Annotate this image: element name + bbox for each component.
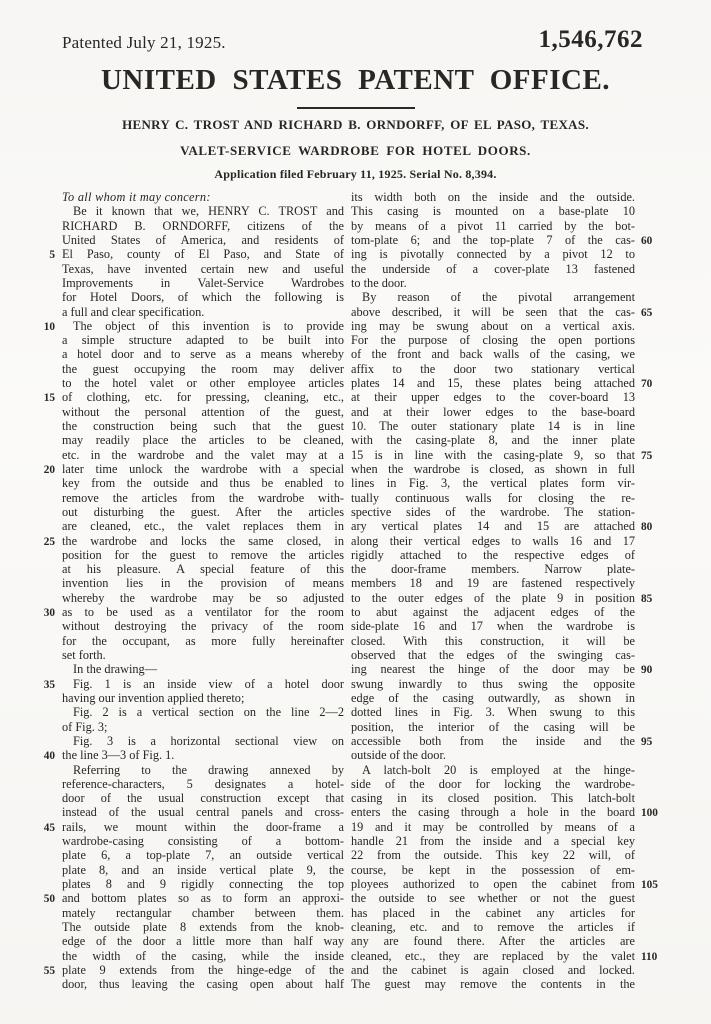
text-line: spective sides of the wardrobe. The stat… (351, 505, 655, 519)
line-text: to the door. (351, 276, 635, 290)
text-line: rigidly attached to the respective edges… (351, 548, 655, 562)
text-line: cleaned, etc., they are replaced by the … (351, 949, 655, 963)
text-line: etc. in the wardrobe and the valet may a… (42, 448, 344, 462)
text-line: 15of clothing, etc. for pressing, cleani… (42, 390, 344, 404)
text-line: For the purpose of closing the open port… (351, 333, 655, 347)
text-line: 50and bottom plates so as to form an app… (42, 891, 344, 905)
line-text: whereby the wardrobe may be so adjusted (62, 591, 344, 605)
line-text: of Fig. 3; (62, 720, 344, 734)
text-line: plate 6, a top-plate 7, an outside verti… (42, 848, 344, 862)
line-text: by means of a pivot 11 carried by the bo… (351, 219, 635, 233)
line-text: the width of the casing, while the insid… (62, 949, 344, 963)
text-line: course, be kept in the possession of em- (351, 863, 655, 877)
line-text: without destroying the privacy of the ro… (62, 619, 344, 633)
line-text: The object of this invention is to provi… (62, 319, 344, 333)
line-text: out disturbing the guest. After the arti… (62, 505, 344, 519)
line-text: the line 3—3 of Fig. 1. (62, 748, 344, 762)
line-text: the wardrobe and locks the same closed, … (62, 534, 344, 548)
line-text: RICHARD B. ORNDORFF, citizens of the (62, 219, 344, 233)
text-line: The outside plate 8 extends from the kno… (42, 920, 344, 934)
text-line: The guest may remove the contents in the (351, 977, 655, 991)
text-line: A latch-bolt 20 is employed at the hinge… (351, 763, 655, 777)
line-text: enters the casing through a hole in the … (351, 805, 635, 819)
line-text: El Paso, county of El Paso, and State of (62, 247, 344, 261)
text-line: the guest occupying the room may deliver (42, 362, 344, 376)
line-text: For the purpose of closing the open port… (351, 333, 635, 347)
line-text: closed. With this construction, it will … (351, 634, 635, 648)
text-line: outside of the door. (351, 748, 655, 762)
line-text: its width both on the inside and the out… (351, 190, 635, 204)
text-line: for the occupant, as more fully hereinaf… (42, 634, 344, 648)
right-column: its width both on the inside and the out… (351, 190, 655, 992)
line-text: plate 6, a top-plate 7, an outside verti… (62, 848, 344, 862)
line-text: instead of the usual central panels and … (62, 805, 344, 819)
line-number: 95 (641, 735, 655, 749)
text-line: tually continuous walls for closing the … (351, 491, 655, 505)
line-text: the outside to see whether or not the gu… (351, 891, 635, 905)
line-text: plates 8 and 9 rigidly connecting the to… (62, 877, 344, 891)
text-line: above described, it will be seen that th… (351, 305, 655, 319)
text-line: to the door. (351, 276, 655, 290)
patent-page: Patented July 21, 1925. 1,546,762 UNITED… (0, 0, 711, 1024)
line-text: lines in Fig. 3, the vertical plates for… (351, 476, 635, 490)
line-text: side of the door for locking the wardrob… (351, 777, 635, 791)
line-text: key from the outside and thus be enabled… (62, 476, 344, 490)
text-line: a full and clear specification. (42, 305, 344, 319)
text-line: invention lies in the provision of means (42, 576, 344, 590)
line-text: may readily place the articles to be cle… (62, 433, 344, 447)
line-text: cleaned, etc., they are replaced by the … (351, 949, 635, 963)
text-line: side of the door for locking the wardrob… (351, 777, 655, 791)
line-text: To all whom it may concern: (62, 190, 344, 204)
line-text: etc. in the wardrobe and the valet may a… (62, 448, 344, 462)
line-text: casing in its closed position. This latc… (351, 791, 635, 805)
line-number: 60 (641, 234, 655, 248)
line-text: rigidly attached to the respective edges… (351, 548, 635, 562)
text-line: 5El Paso, county of El Paso, and State o… (42, 247, 344, 261)
line-number: 75 (641, 449, 655, 463)
text-line: ary vertical plates 14 and 15 are attach… (351, 519, 655, 533)
line-text: set forth. (62, 648, 344, 662)
text-line: Fig. 3 is a horizontal sectional view on (42, 734, 344, 748)
text-line: RICHARD B. ORNDORFF, citizens of the (42, 219, 344, 233)
line-text: position for the guest to remove the art… (62, 548, 344, 562)
text-line: wardrobe-casing consisting of a bottom- (42, 834, 344, 848)
line-text: to the outer edges of the plate 9 in pos… (351, 591, 635, 605)
text-line: plates 8 and 9 rigidly connecting the to… (42, 877, 344, 891)
line-text: a simple structure adapted to be built i… (62, 333, 344, 347)
line-text: above described, it will be seen that th… (351, 305, 635, 319)
text-line: at his pleasure. A special feature of th… (42, 562, 344, 576)
line-text: as to be used as a ventilator for the ro… (62, 605, 344, 619)
text-line: 55plate 9 extends from the hinge-edge of… (42, 963, 344, 977)
page-title: UNITED STATES PATENT OFFICE. (0, 66, 711, 95)
line-text: without the personal attention of the gu… (62, 405, 344, 419)
text-line: of Fig. 3; (42, 720, 344, 734)
text-line: handle 21 from the inside and a special … (351, 834, 655, 848)
line-text: at their upper edges to the cover-board … (351, 390, 635, 404)
line-text: invention lies in the provision of means (62, 576, 344, 590)
text-line: Referring to the drawing annexed by (42, 763, 344, 777)
text-line: for Hotel Doors, of which the following … (42, 290, 344, 304)
text-line: 22 from the outside. This key 22 will, o… (351, 848, 655, 862)
text-line: Improvements in Valet-Service Wardrobes (42, 276, 344, 290)
line-text: Fig. 2 is a vertical section on the line… (62, 705, 344, 719)
patent-number: 1,546,762 (539, 26, 644, 54)
line-text: ing nearest the hinge of the door may be (351, 662, 635, 676)
text-line: 10. The outer stationary plate 14 is in … (351, 419, 655, 433)
text-line: 30as to be used as a ventilator for the … (42, 605, 344, 619)
line-number: 70 (641, 377, 655, 391)
text-line: has placed in the cabinet any articles f… (351, 906, 655, 920)
line-text: the guest occupying the room may deliver (62, 362, 344, 376)
line-text: observed that the edges of the swinging … (351, 648, 635, 662)
line-text: and bottom plates so as to form an appro… (62, 891, 344, 905)
line-number: 110 (641, 950, 655, 964)
line-text: 10. The outer stationary plate 14 is in … (351, 419, 635, 433)
text-line: without destroying the privacy of the ro… (42, 619, 344, 633)
text-line: ing may be swung about on a vertical axi… (351, 319, 655, 333)
text-line: 25the wardrobe and locks the same closed… (42, 534, 344, 548)
text-line: cleaning, etc. and to remove the article… (351, 920, 655, 934)
text-line: with the casing-plate 8, and the inner p… (351, 433, 655, 447)
line-text: later time unlock the wardrobe with a sp… (62, 462, 344, 476)
text-line: remove the articles from the wardrobe wi… (42, 491, 344, 505)
text-line: at their upper edges to the cover-board … (351, 390, 655, 404)
line-number: 30 (42, 606, 55, 620)
line-text: when the wardrobe is closed, as shown in… (351, 462, 635, 476)
text-line: set forth. (42, 648, 344, 662)
text-line: to the hotel valet or other employee art… (42, 376, 344, 390)
text-line: To all whom it may concern: (42, 190, 344, 204)
line-text: Fig. 1 is an inside view of a hotel door (62, 677, 344, 691)
text-line: Fig. 2 is a vertical section on the line… (42, 705, 344, 719)
text-line: observed that the edges of the swinging … (351, 648, 655, 662)
text-line: reference-characters, 5 designates a hot… (42, 777, 344, 791)
line-text: ing is pivotally connected by a pivot 12… (351, 247, 635, 261)
text-line: closed. With this construction, it will … (351, 634, 655, 648)
line-number: 105 (641, 878, 655, 892)
line-text: are cleaned, etc., the valet replaces th… (62, 519, 344, 533)
text-line: out disturbing the guest. After the arti… (42, 505, 344, 519)
line-text: at his pleasure. A special feature of th… (62, 562, 344, 576)
line-text: By reason of the pivotal arrangement (351, 290, 635, 304)
text-line: to the outer edges of the plate 9 in pos… (351, 591, 655, 605)
text-line: are cleaned, etc., the valet replaces th… (42, 519, 344, 533)
line-text: This casing is mounted on a base-plate 1… (351, 204, 635, 218)
line-text: and the cabinet is again closed and lock… (351, 963, 635, 977)
text-line: ployees authorized to open the cabinet f… (351, 877, 655, 891)
line-text: outside of the door. (351, 748, 635, 762)
text-line: plate 8, and an inside vertical plate 9,… (42, 863, 344, 877)
line-text: Referring to the drawing annexed by (62, 763, 344, 777)
text-line: without the personal attention of the gu… (42, 405, 344, 419)
line-number: 80 (641, 520, 655, 534)
text-line: the door-frame members. Narrow plate- (351, 562, 655, 576)
title-divider (297, 107, 415, 109)
line-text: rails, we mount within the door-frame a (62, 820, 344, 834)
text-line: when the wardrobe is closed, as shown in… (351, 462, 655, 476)
text-line: may readily place the articles to be cle… (42, 433, 344, 447)
line-text: plates 14 and 15, these plates being att… (351, 376, 635, 390)
line-text: of clothing, etc. for pressing, cleaning… (62, 390, 344, 404)
text-line: casing in its closed position. This latc… (351, 791, 655, 805)
line-text: Texas, have invented certain new and use… (62, 262, 344, 276)
text-line: door of the usual construction except th… (42, 791, 344, 805)
line-text: 15 is in line with the casing-plate 9, s… (351, 448, 635, 462)
line-text: ing may be swung about on a vertical axi… (351, 319, 635, 333)
line-text: dotted lines in Fig. 3. When swung to th… (351, 705, 635, 719)
text-line: ing is pivotally connected by a pivot 12… (351, 247, 655, 261)
line-text: wardrobe-casing consisting of a bottom- (62, 834, 344, 848)
patented-date: Patented July 21, 1925. (62, 33, 226, 53)
text-line: accessible both from the inside and the9… (351, 734, 655, 748)
line-text: Fig. 3 is a horizontal sectional view on (62, 734, 344, 748)
text-line: having our invention applied thereto; (42, 691, 344, 705)
line-text: the door-frame members. Narrow plate- (351, 562, 635, 576)
line-text: remove the articles from the wardrobe wi… (62, 491, 344, 505)
text-line: and the cabinet is again closed and lock… (351, 963, 655, 977)
line-text: has placed in the cabinet any articles f… (351, 906, 635, 920)
line-number: 65 (641, 306, 655, 320)
line-text: for the occupant, as more fully hereinaf… (62, 634, 344, 648)
line-text: side-plate 16 and 17 when the wardrobe i… (351, 619, 635, 633)
text-line: the construction being such that the gue… (42, 419, 344, 433)
text-line: Be it known that we, HENRY C. TROST and (42, 204, 344, 218)
text-line: 45rails, we mount within the door-frame … (42, 820, 344, 834)
line-text: Be it known that we, HENRY C. TROST and (62, 204, 344, 218)
line-text: edge of the casing outwardly, as shown i… (351, 691, 635, 705)
invention-title: VALET-SERVICE WARDROBE FOR HOTEL DOORS. (0, 143, 711, 159)
text-line: tom-plate 6; and the top-plate 7 of the … (351, 233, 655, 247)
line-text: reference-characters, 5 designates a hot… (62, 777, 344, 791)
text-line: 20later time unlock the wardrobe with a … (42, 462, 344, 476)
application-line: Application filed February 11, 1925. Ser… (0, 167, 711, 182)
line-text: plate 9 extends from the hinge-edge of t… (62, 963, 344, 977)
text-line: 35Fig. 1 is an inside view of a hotel do… (42, 677, 344, 691)
line-text: the construction being such that the gue… (62, 419, 344, 433)
text-line: 15 is in line with the casing-plate 9, s… (351, 448, 655, 462)
text-line: key from the outside and thus be enabled… (42, 476, 344, 490)
text-line: the width of the casing, while the insid… (42, 949, 344, 963)
line-text: of the front and back walls of the casin… (351, 347, 635, 361)
line-text: tom-plate 6; and the top-plate 7 of the … (351, 233, 635, 247)
text-line: whereby the wardrobe may be so adjusted (42, 591, 344, 605)
text-line: lines in Fig. 3, the vertical plates for… (351, 476, 655, 490)
text-line: United States of America, and residents … (42, 233, 344, 247)
text-line: ing nearest the hinge of the door may be… (351, 662, 655, 676)
line-number: 85 (641, 592, 655, 606)
line-number: 100 (641, 806, 655, 820)
line-number: 45 (42, 821, 55, 835)
line-text: edge of the door a little more than half… (62, 934, 344, 948)
line-text: tually continuous walls for closing the … (351, 491, 635, 505)
text-line: along their vertical edges to walls 16 a… (351, 534, 655, 548)
text-line: of the front and back walls of the casin… (351, 347, 655, 361)
line-text: door, thus leaving the casing open about… (62, 977, 344, 991)
line-number: 40 (42, 749, 55, 763)
line-text: mately rectangular chamber between them. (62, 906, 344, 920)
text-line: by means of a pivot 11 carried by the bo… (351, 219, 655, 233)
text-line: affix to the door two stationary vertica… (351, 362, 655, 376)
line-text: position, the interior of the casing wil… (351, 720, 635, 734)
line-text: a full and clear specification. (62, 305, 344, 319)
text-line: 19 and it may be controlled by means of … (351, 820, 655, 834)
line-number: 20 (42, 463, 55, 477)
line-text: ary vertical plates 14 and 15 are attach… (351, 519, 635, 533)
text-line: This casing is mounted on a base-plate 1… (351, 204, 655, 218)
line-text: the underside of a cover-plate 13 fasten… (351, 262, 635, 276)
text-line: door, thus leaving the casing open about… (42, 977, 344, 991)
text-line: By reason of the pivotal arrangement (351, 290, 655, 304)
line-text: The guest may remove the contents in the (351, 977, 635, 991)
line-number: 55 (42, 964, 55, 978)
line-text: ployees authorized to open the cabinet f… (351, 877, 635, 891)
text-line: instead of the usual central panels and … (42, 805, 344, 819)
line-number: 10 (42, 320, 55, 334)
text-line: the outside to see whether or not the gu… (351, 891, 655, 905)
line-text: Improvements in Valet-Service Wardrobes (62, 276, 344, 290)
line-number: 25 (42, 535, 55, 549)
text-line: side-plate 16 and 17 when the wardrobe i… (351, 619, 655, 633)
line-text: 19 and it may be controlled by means of … (351, 820, 635, 834)
text-line: any are found there. After the articles … (351, 934, 655, 948)
line-number: 35 (42, 678, 55, 692)
text-line: 40the line 3—3 of Fig. 1. (42, 748, 344, 762)
text-line: position, the interior of the casing wil… (351, 720, 655, 734)
inventors-line: HENRY C. TROST AND RICHARD B. ORNDORFF, … (0, 117, 711, 133)
text-line: edge of the casing outwardly, as shown i… (351, 691, 655, 705)
line-text: cleaning, etc. and to remove the article… (351, 920, 635, 934)
text-line: swung inwardly to thus swing the opposit… (351, 677, 655, 691)
text-line: mately rectangular chamber between them. (42, 906, 344, 920)
line-text: plate 8, and an inside vertical plate 9,… (62, 863, 344, 877)
line-text: to the hotel valet or other employee art… (62, 376, 344, 390)
line-text: having our invention applied thereto; (62, 691, 344, 705)
line-text: any are found there. After the articles … (351, 934, 635, 948)
text-line: enters the casing through a hole in the … (351, 805, 655, 819)
text-line: its width both on the inside and the out… (351, 190, 655, 204)
line-text: handle 21 from the inside and a special … (351, 834, 635, 848)
text-line: a hotel door and to serve as a means whe… (42, 347, 344, 361)
line-text: for Hotel Doors, of which the following … (62, 290, 344, 304)
text-line: a simple structure adapted to be built i… (42, 333, 344, 347)
line-text: and at their lower edges to the base-boa… (351, 405, 635, 419)
text-line: dotted lines in Fig. 3. When swung to th… (351, 705, 655, 719)
text-line: plates 14 and 15, these plates being att… (351, 376, 655, 390)
line-text: affix to the door two stationary vertica… (351, 362, 635, 376)
line-number: 5 (42, 248, 55, 262)
line-text: swung inwardly to thus swing the opposit… (351, 677, 635, 691)
line-number: 90 (641, 663, 655, 677)
text-line: and at their lower edges to the base-boa… (351, 405, 655, 419)
text-line: the underside of a cover-plate 13 fasten… (351, 262, 655, 276)
line-text: In the drawing— (62, 662, 344, 676)
text-line: In the drawing— (42, 662, 344, 676)
text-line: position for the guest to remove the art… (42, 548, 344, 562)
line-text: with the casing-plate 8, and the inner p… (351, 433, 635, 447)
line-text: course, be kept in the possession of em- (351, 863, 635, 877)
text-line: 10The object of this invention is to pro… (42, 319, 344, 333)
line-number: 15 (42, 391, 55, 405)
text-line: members 18 and 19 are fastened respectiv… (351, 576, 655, 590)
line-number: 50 (42, 892, 55, 906)
line-text: spective sides of the wardrobe. The stat… (351, 505, 635, 519)
left-column: To all whom it may concern:Be it known t… (42, 190, 344, 992)
line-text: members 18 and 19 are fastened respectiv… (351, 576, 635, 590)
line-text: to abut against the adjacent edges of th… (351, 605, 635, 619)
text-line: Texas, have invented certain new and use… (42, 262, 344, 276)
line-text: United States of America, and residents … (62, 233, 344, 247)
line-text: The outside plate 8 extends from the kno… (62, 920, 344, 934)
line-text: a hotel door and to serve as a means whe… (62, 347, 344, 361)
line-text: accessible both from the inside and the (351, 734, 635, 748)
line-text: 22 from the outside. This key 22 will, o… (351, 848, 635, 862)
line-text: A latch-bolt 20 is employed at the hinge… (351, 763, 635, 777)
line-text: door of the usual construction except th… (62, 791, 344, 805)
text-line: edge of the door a little more than half… (42, 934, 344, 948)
text-line: to abut against the adjacent edges of th… (351, 605, 655, 619)
line-text: along their vertical edges to walls 16 a… (351, 534, 635, 548)
